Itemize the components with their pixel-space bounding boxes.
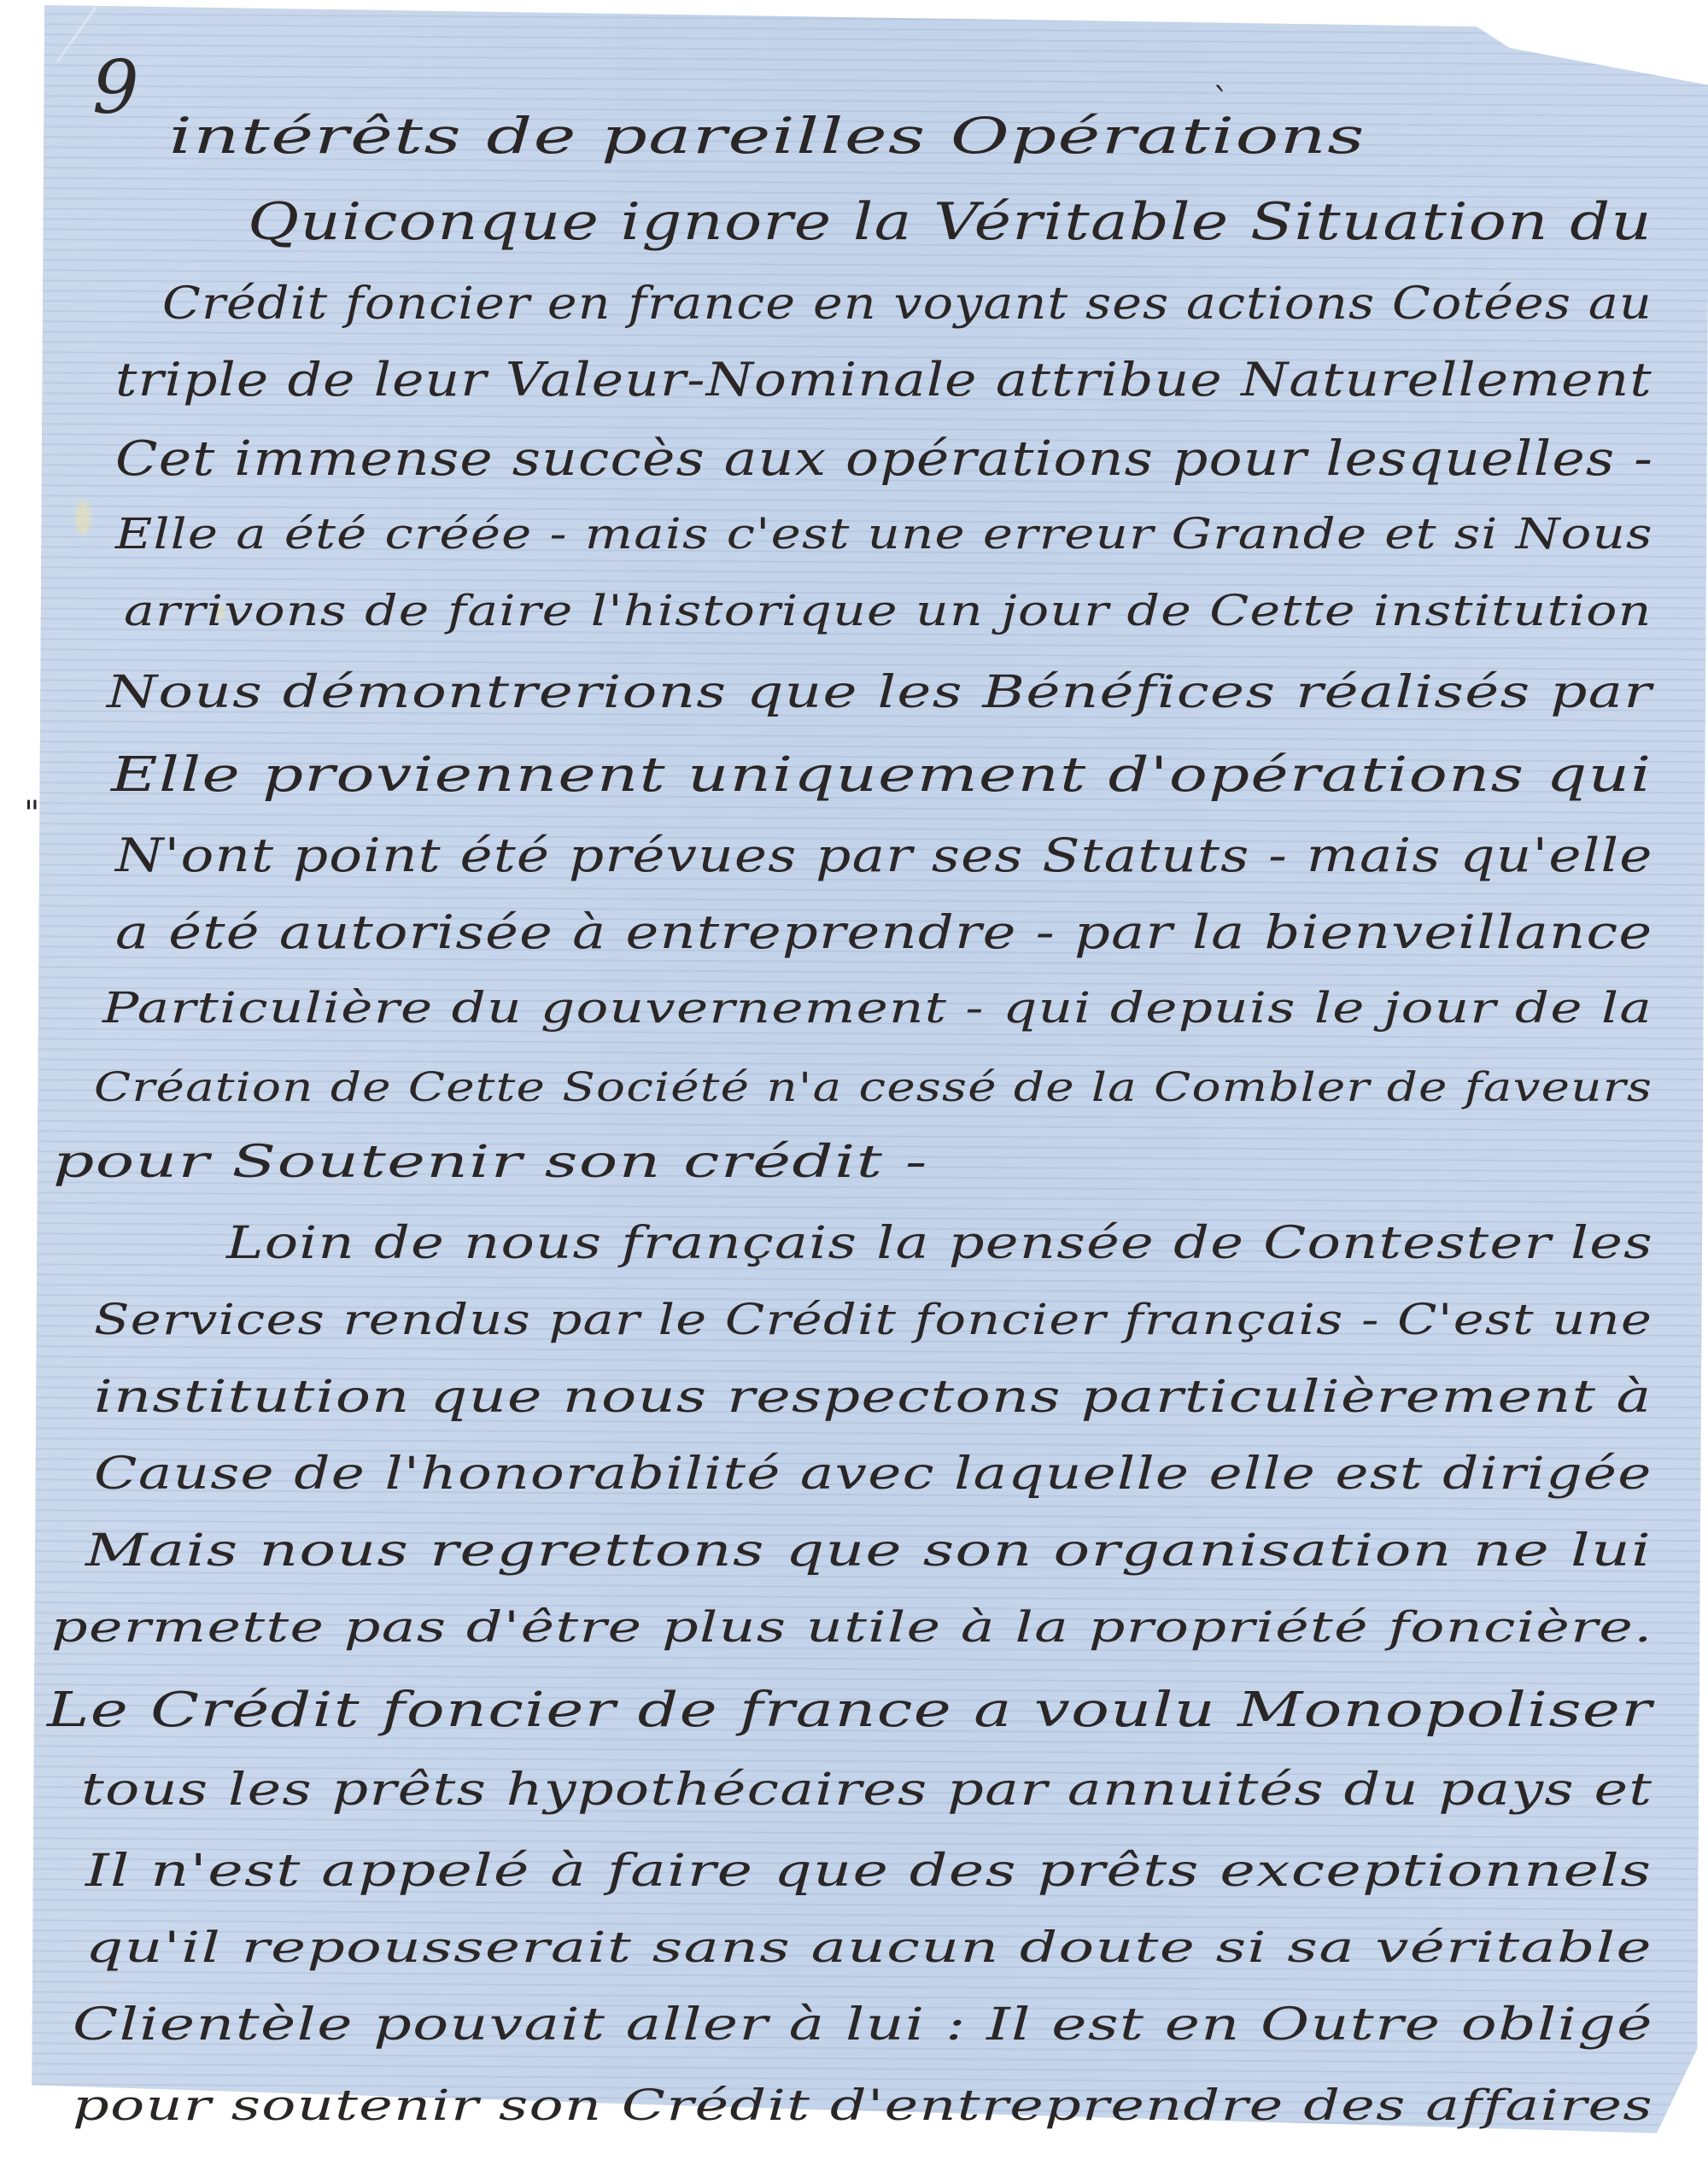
manuscript-line: Nous démontrerions que les Bénéfices réa… <box>107 670 1652 715</box>
manuscript-text: 9 intérêts de pareilles Opérations ˋ Qui… <box>0 0 1708 2183</box>
manuscript-line: Il n'est appelé à faire que des prêts ex… <box>85 1849 1652 1893</box>
manuscript-line: pour Soutenir son crédit - <box>53 1140 928 1185</box>
manuscript-line: Services rendus par le Crédit foncier fr… <box>94 1298 1652 1341</box>
manuscript-line: institution que nous respectons particul… <box>94 1375 1652 1419</box>
manuscript-line: triple de leur Valeur-Nominale attribue … <box>115 357 1652 403</box>
manuscript-line: qu'il repousserait sans aucun doute si s… <box>85 1926 1652 1969</box>
manuscript-line: intérêts de pareilles Opérations <box>169 111 1366 161</box>
manuscript-line: Clientèle pouvait aller à lui : Il est e… <box>73 2003 1653 2047</box>
manuscript-line: permette pas d'être plus utile à la prop… <box>51 1606 1653 1648</box>
manuscript-line: Elle proviennent uniquement d'opérations… <box>111 752 1652 799</box>
manuscript-line: tous les prêts hypothécaires par annuité… <box>81 1768 1652 1812</box>
manuscript-line: N'ont point été prévues par ses Statuts … <box>115 833 1653 879</box>
margin-mark: ˋ <box>1213 82 1230 121</box>
manuscript-line: pour soutenir son Crédit d'entreprendre … <box>73 2084 1653 2127</box>
margin-mark: " <box>24 794 39 834</box>
page-number: 9 <box>92 51 139 125</box>
manuscript-line: Création de Cette Société n'a cessé de l… <box>94 1068 1652 1108</box>
manuscript-line: Loin de nous français la pensée de Conte… <box>226 1221 1653 1266</box>
manuscript-line: Cet immense succès aux opérations pour l… <box>115 436 1653 483</box>
manuscript-line: Elle a été créée - mais c'est une erreur… <box>115 512 1653 555</box>
manuscript-line: Le Crédit foncier de france a voulu Mono… <box>47 1687 1652 1735</box>
manuscript-line: arrivons de faire l'historique un jour d… <box>124 589 1652 632</box>
manuscript-line: Cause de l'honorabilité avec laquelle el… <box>94 1452 1652 1496</box>
manuscript-line: Mais nous regrettons que son organisatio… <box>85 1529 1652 1573</box>
manuscript-line: Particulière du gouvernement - qui depui… <box>102 986 1652 1029</box>
manuscript-line: Quiconque ignore la Véritable Situation … <box>248 196 1652 248</box>
manuscript-line: a été autorisée à entreprendre - par la … <box>115 910 1652 956</box>
manuscript-line: Crédit foncier en france en voyant ses a… <box>162 282 1652 326</box>
